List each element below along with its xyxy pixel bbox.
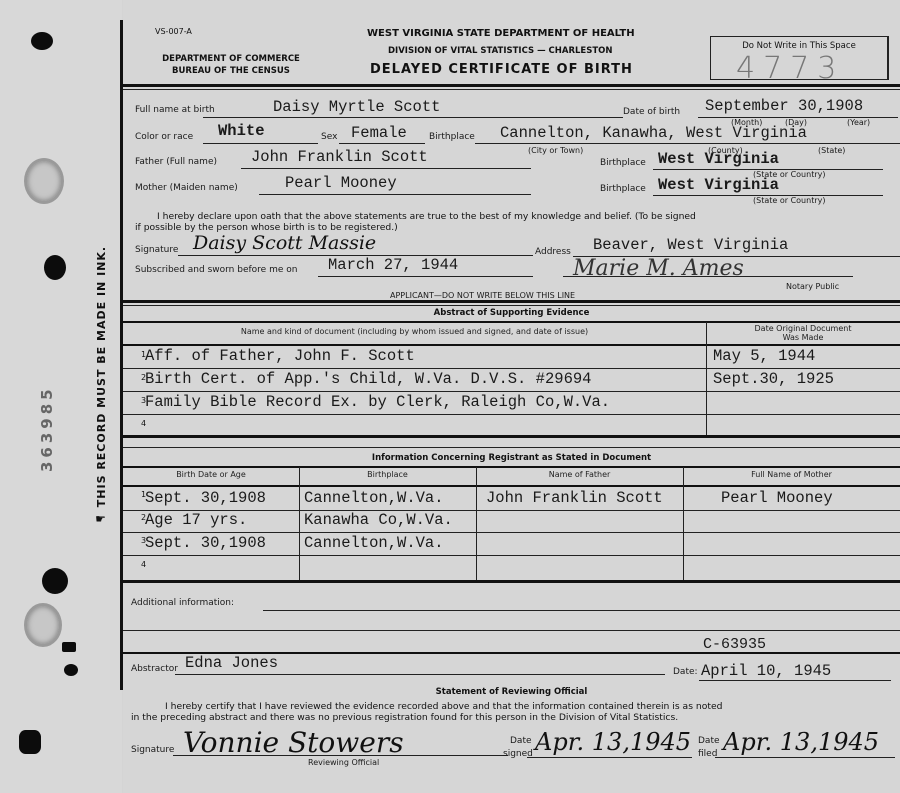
section-divider xyxy=(123,580,900,583)
info-mother: Pearl Mooney xyxy=(721,489,833,507)
mother-state-sublabel: (State or Country) xyxy=(753,196,825,205)
row-divider xyxy=(123,391,900,392)
notary-label: Notary Public xyxy=(786,282,839,291)
sworn-underline xyxy=(318,276,533,277)
birthplace-value: Cannelton, Kanawha, West Virginia xyxy=(500,124,807,142)
mother-birthplace-label: Birthplace xyxy=(600,184,646,194)
info-col-birthplace: Birthplace xyxy=(299,470,476,479)
review-signature-label: Signature xyxy=(131,745,174,755)
evidence-title-rule xyxy=(123,321,900,323)
birthplace-underline xyxy=(475,143,900,144)
info-col-father: Name of Father xyxy=(476,470,683,479)
signature-label: Signature xyxy=(135,245,178,255)
father-birthplace-value: West Virginia xyxy=(658,150,779,168)
evidence-col-date: Date Original Document Was Made xyxy=(706,324,900,342)
evidence-date: Sept.30, 1925 xyxy=(713,370,834,388)
office-use-box: Do Not Write in This Space 4773 xyxy=(710,36,889,80)
division-name: DIVISION OF VITAL STATISTICS — CHARLESTO… xyxy=(388,46,612,56)
page-title: DELAYED CERTIFICATE OF BIRTH xyxy=(370,62,633,77)
evidence-col-document: Name and kind of document (including by … xyxy=(123,327,706,336)
state-sublabel: (State) xyxy=(818,146,845,155)
father-underline xyxy=(241,168,531,169)
punch-hole-ring xyxy=(24,603,62,647)
info-col-divider xyxy=(476,467,477,582)
sex-underline xyxy=(339,143,425,144)
notary-underline xyxy=(563,276,853,277)
punch-hole xyxy=(62,642,76,652)
date-filed-value: Apr. 13,1945 xyxy=(723,728,879,756)
review-signature-underline xyxy=(173,755,508,756)
abstractor-underline xyxy=(175,674,665,675)
mother-birthplace-value: West Virginia xyxy=(658,176,779,194)
race-label: Color or race xyxy=(135,132,193,142)
info-col-divider xyxy=(299,467,300,582)
office-number: 4773 xyxy=(736,51,844,86)
race-value: White xyxy=(218,122,265,140)
agency-name: WEST VIRGINIA STATE DEPARTMENT OF HEALTH xyxy=(367,28,635,39)
info-birth: Age 17 yrs. xyxy=(145,511,247,529)
review-title: Statement of Reviewing Official xyxy=(123,687,900,697)
section-divider-thin xyxy=(123,305,900,306)
info-place: Cannelton,W.Va. xyxy=(304,489,444,507)
row-divider xyxy=(123,368,900,369)
evidence-document: Aff. of Father, John F. Scott xyxy=(145,347,415,365)
declaration-text-1: I hereby declare upon oath that the abov… xyxy=(157,211,696,222)
additional-info-label: Additional information: xyxy=(131,598,234,608)
full-name-underline xyxy=(203,117,623,118)
info-col-birth: Birth Date or Age xyxy=(123,470,299,479)
abstract-date-value: April 10, 1945 xyxy=(701,662,831,680)
applicant-signature: Daisy Scott Massie xyxy=(193,232,376,254)
section-divider xyxy=(123,435,900,438)
evidence-document: Family Bible Record Ex. by Clerk, Raleig… xyxy=(145,393,610,411)
info-birth: Sept. 30,1908 xyxy=(145,489,266,507)
evidence-document: Birth Cert. of App.'s Child, W.Va. D.V.S… xyxy=(145,370,591,388)
header-divider-thin xyxy=(123,89,900,90)
father-value: John Franklin Scott xyxy=(251,148,428,166)
punch-hole xyxy=(64,664,78,676)
info-title: Information Concerning Registrant as Sta… xyxy=(123,453,900,463)
binding-margin: 363985 ☛THIS RECORD MUST BE MADE IN INK. xyxy=(0,0,122,793)
info-title-rule xyxy=(123,466,900,468)
punch-hole xyxy=(31,32,53,50)
row-divider xyxy=(123,555,900,556)
sworn-label: Subscribed and sworn before me on xyxy=(135,265,297,275)
evidence-header-rule xyxy=(123,344,900,346)
section-divider-thin xyxy=(123,447,900,448)
date-filed-label: Date xyxy=(698,736,720,746)
certificate-form: VS-007-A DEPARTMENT OF COMMERCE BUREAU O… xyxy=(123,0,900,793)
dept-block: DEPARTMENT OF COMMERCE BUREAU OF THE CEN… xyxy=(151,53,311,77)
sex-value: Female xyxy=(351,124,407,142)
date-filed-underline xyxy=(715,757,895,758)
full-name-label: Full name at birth xyxy=(135,105,215,115)
address-value: Beaver, West Virginia xyxy=(593,236,788,254)
header-divider xyxy=(123,84,900,87)
sworn-date: March 27, 1944 xyxy=(328,256,458,274)
applicant-notice: APPLICANT—DO NOT WRITE BELOW THIS LINE xyxy=(390,291,575,300)
evidence-date: May 5, 1944 xyxy=(713,347,815,365)
info-father: John Franklin Scott xyxy=(486,489,663,507)
evidence-title: Abstract of Supporting Evidence xyxy=(123,308,900,318)
birthplace-label: Birthplace xyxy=(429,132,475,142)
father-birthplace-label: Birthplace xyxy=(600,158,646,168)
review-text-1: I hereby certify that I have reviewed th… xyxy=(165,701,722,712)
sex-label: Sex xyxy=(321,132,337,142)
info-birth: Sept. 30,1908 xyxy=(145,534,266,552)
reviewing-official-label: Reviewing Official xyxy=(308,758,379,767)
ink-notice: ☛THIS RECORD MUST BE MADE IN INK. xyxy=(94,246,108,525)
punch-hole xyxy=(44,255,66,280)
dob-value: September 30,1908 xyxy=(705,97,863,115)
mother-underline xyxy=(259,194,531,195)
race-underline xyxy=(203,143,318,144)
notary-signature: Marie M. Ames xyxy=(573,256,744,281)
additional-info-line xyxy=(263,610,900,611)
address-label: Address xyxy=(535,247,571,257)
serial-stamp: 363985 xyxy=(38,385,56,472)
abstractor-value: Edna Jones xyxy=(185,654,278,672)
form-code: VS-007-A xyxy=(155,27,192,36)
additional-info-line xyxy=(123,630,900,631)
date-signed-underline xyxy=(527,757,692,758)
year-sublabel: (Year) xyxy=(847,118,870,127)
info-place: Kanawha Co,W.Va. xyxy=(304,511,453,529)
info-col-mother: Full Name of Mother xyxy=(683,470,900,479)
date-signed-value: Apr. 13,1945 xyxy=(535,728,691,756)
dob-label: Date of birth xyxy=(623,107,680,117)
file-number: C-63935 xyxy=(703,636,766,653)
row-divider xyxy=(123,532,900,533)
pointing-hand-icon: ☛ xyxy=(95,512,107,526)
row-divider xyxy=(123,414,900,415)
info-col-divider xyxy=(683,467,684,582)
father-label: Father (Full name) xyxy=(135,157,217,167)
punch-hole xyxy=(42,568,68,594)
full-name-value: Daisy Myrtle Scott xyxy=(273,98,440,116)
evidence-col-divider xyxy=(706,322,707,435)
info-header-rule xyxy=(123,485,900,487)
section-divider xyxy=(123,300,900,303)
review-text-2: in the preceding abstract and there was … xyxy=(131,712,678,723)
punch-hole-ring xyxy=(24,158,64,204)
abstract-date-underline xyxy=(699,680,891,681)
abstractor-label: Abstractor xyxy=(131,664,178,674)
city-sublabel: (City or Town) xyxy=(528,146,583,155)
punch-hole xyxy=(19,730,41,754)
mother-label: Mother (Maiden name) xyxy=(135,183,238,193)
date-signed-label: Date xyxy=(510,736,532,746)
info-place: Cannelton,W.Va. xyxy=(304,534,444,552)
abstract-date-label: Date: xyxy=(673,667,698,677)
office-use-label: Do Not Write in This Space xyxy=(711,41,887,51)
mother-value: Pearl Mooney xyxy=(285,174,397,192)
